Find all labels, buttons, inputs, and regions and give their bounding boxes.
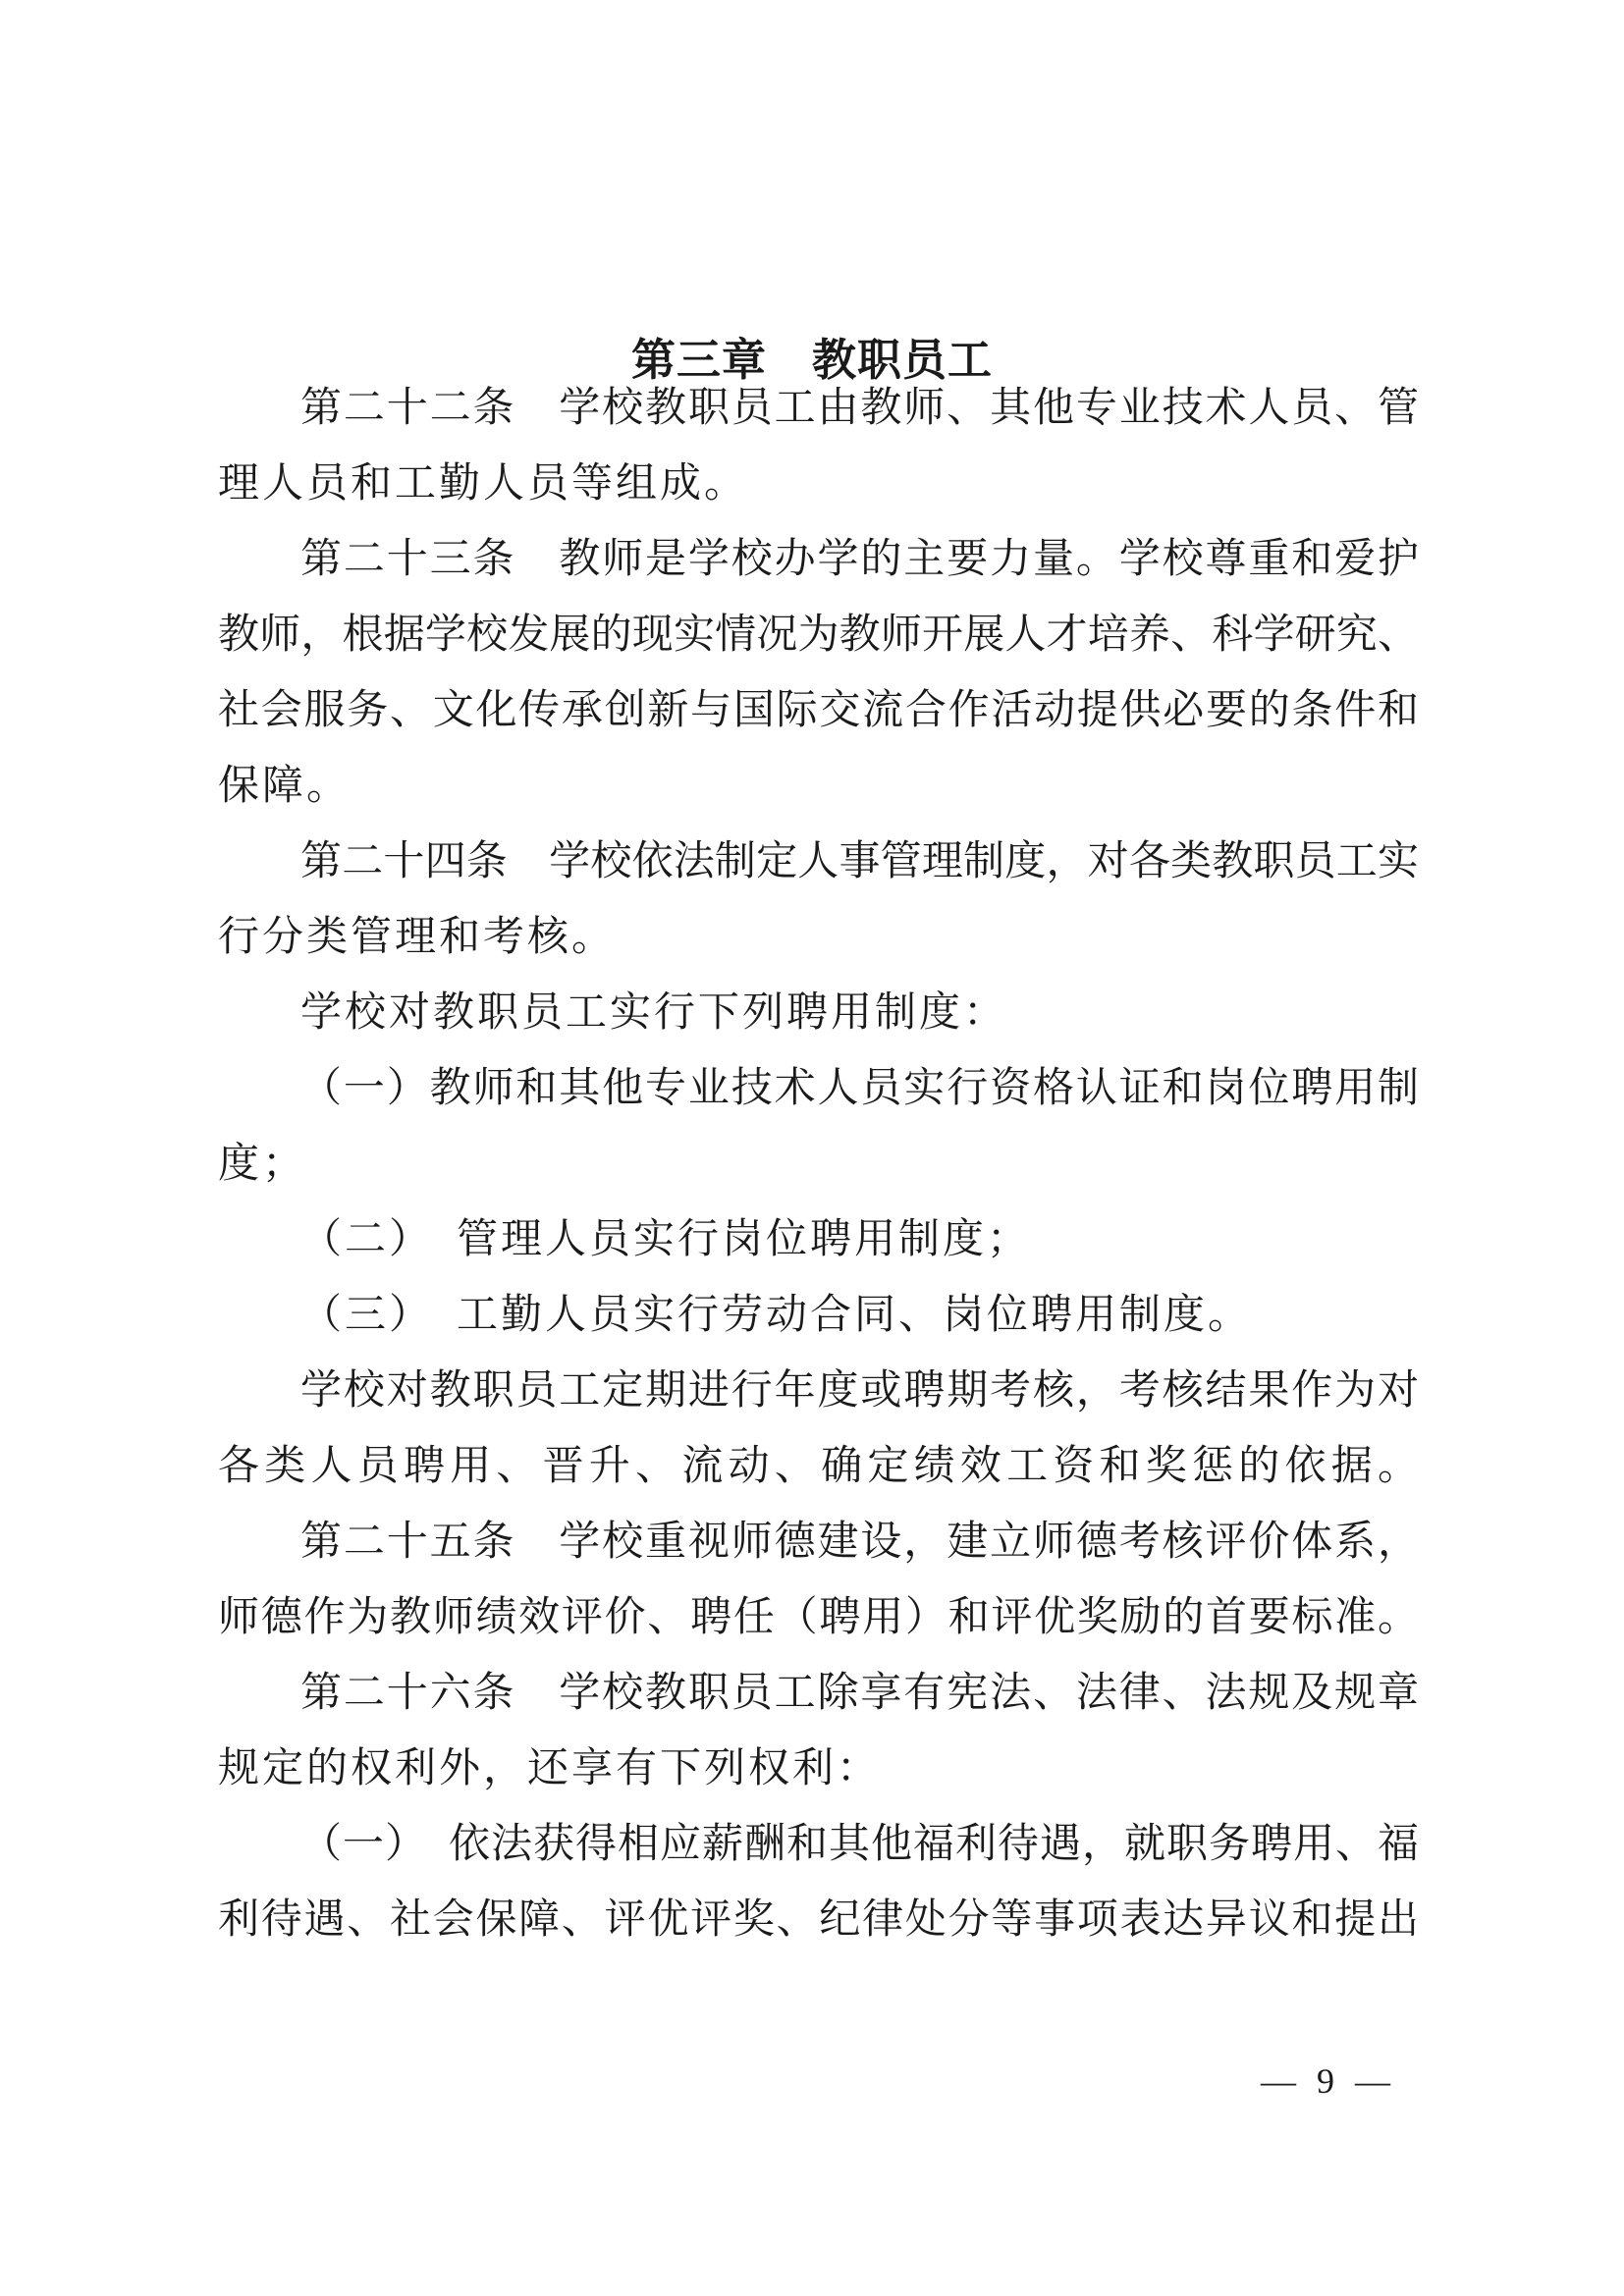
body-line: 理人员和工勤人员等组成。	[218, 447, 1419, 522]
document-body: 第二十二条 学校教职员工由教师、其他专业技术人员、管 理人员和工勤人员等组成。 …	[218, 371, 1419, 1958]
body-line: （三） 工勤人员实行劳动合同、岗位聘用制度。	[218, 1278, 1419, 1354]
body-line: 规定的权利外，还享有下列权利：	[218, 1732, 1419, 1807]
body-line: 第二十五条 学校重视师德建设，建立师德考核评价体系，	[218, 1505, 1419, 1580]
body-line: 保障。	[218, 749, 1419, 825]
body-line: 各类人员聘用、晋升、流动、确定绩效工资和奖惩的依据。	[218, 1429, 1419, 1505]
body-line: 第二十二条 学校教职员工由教师、其他专业技术人员、管	[218, 371, 1419, 447]
body-line: 利待遇、社会保障、评优评奖、纪律处分等事项表达异议和提出	[218, 1883, 1419, 1958]
body-line: 社会服务、文化传承创新与国际交流合作活动提供必要的条件和	[218, 673, 1419, 749]
body-line: 第二十四条 学校依法制定人事管理制度，对各类教职员工实	[218, 825, 1419, 900]
page-number: — 9 —	[1261, 2057, 1396, 2105]
body-line: （二） 管理人员实行岗位聘用制度；	[218, 1202, 1419, 1278]
document-page: 第三章 教职员工 第二十二条 学校教职员工由教师、其他专业技术人员、管 理人员和…	[0, 0, 1624, 2296]
body-line: 学校对教职员工定期进行年度或聘期考核，考核结果作为对	[218, 1354, 1419, 1429]
body-line: 师德作为教师绩效评价、聘任（聘用）和评优奖励的首要标准。	[218, 1580, 1419, 1656]
body-line: 学校对教职员工实行下列聘用制度：	[218, 976, 1419, 1051]
body-line: 行分类管理和考核。	[218, 900, 1419, 976]
body-line: （一） 依法获得相应薪酬和其他福利待遇，就职务聘用、福	[218, 1807, 1419, 1883]
body-line: 度；	[218, 1127, 1419, 1202]
body-line: 第二十三条 教师是学校办学的主要力量。学校尊重和爱护	[218, 522, 1419, 598]
body-line: 教师，根据学校发展的现实情况为教师开展人才培养、科学研究、	[218, 598, 1419, 673]
body-line: （一）教师和其他专业技术人员实行资格认证和岗位聘用制	[218, 1051, 1419, 1127]
body-line: 第二十六条 学校教职员工除享有宪法、法律、法规及规章	[218, 1656, 1419, 1732]
